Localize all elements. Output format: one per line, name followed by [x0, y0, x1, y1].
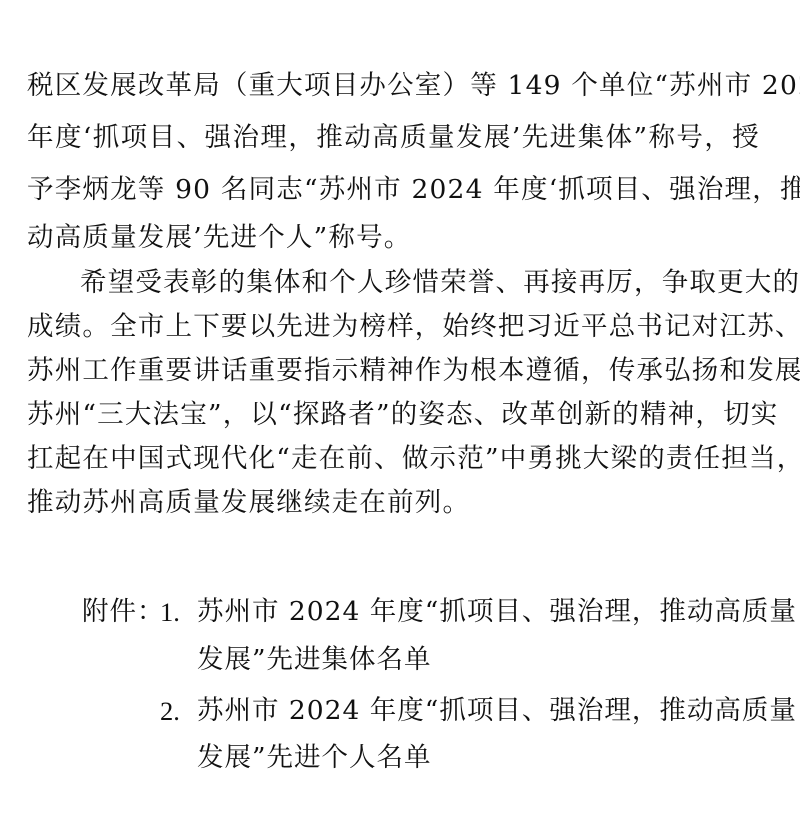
attachment-title-line: 发展”先进集体名单	[197, 643, 760, 677]
attachment-title-line: 发展”先进个人名单	[197, 741, 760, 775]
text-line: 推动苏州高质量发展继续走在前列。	[27, 486, 470, 520]
attachment-title-line: 苏州市 2024 年度“抓项目、强治理，推动高质量	[197, 694, 760, 728]
attachment-number: 2.	[160, 694, 180, 728]
attachment-number: 1.	[160, 595, 180, 629]
text-line: 苏州工作重要讲话重要指示精神作为根本遵循，传承弘扬和发展	[27, 354, 760, 388]
attachments-label: 附件：	[82, 595, 165, 629]
text-line: 年度‘抓项目、强治理，推动高质量发展’先进集体”称号，授	[27, 121, 760, 155]
text-line: 希望受表彰的集体和个人珍惜荣誉、再接再厉，争取更大的	[80, 266, 760, 300]
attachment-title-line: 苏州市 2024 年度“抓项目、强治理，推动高质量	[197, 595, 760, 629]
text-line: 税区发展改革局（重大项目办公室）等 149 个单位“苏州市 2024	[27, 69, 760, 103]
text-line: 成绩。全市上下要以先进为榜样，始终把习近平总书记对江苏、	[27, 310, 760, 344]
text-line: 扛起在中国式现代化“走在前、做示范”中勇挑大梁的责任担当，	[27, 442, 760, 476]
text-line: 苏州“三大法宝”，以“探路者”的姿态、改革创新的精神，切实	[27, 398, 760, 432]
text-line: 动高质量发展’先进个人”称号。	[27, 221, 411, 255]
text-line: 予李炳龙等 90 名同志“苏州市 2024 年度‘抓项目、强治理，推	[27, 173, 760, 207]
